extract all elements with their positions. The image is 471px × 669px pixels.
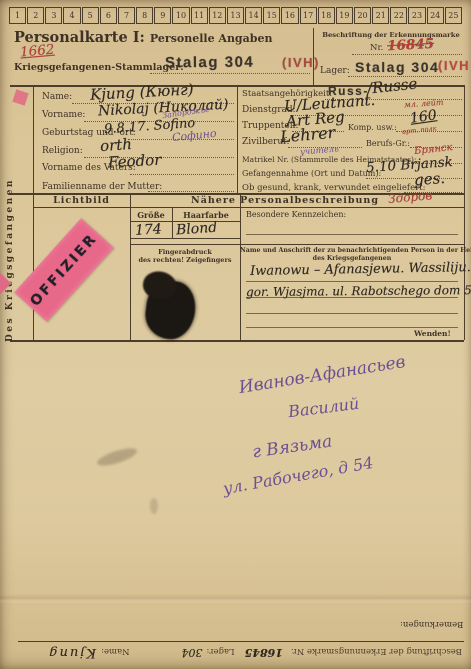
number-box: 15 (263, 7, 280, 24)
number-box: 12 (209, 7, 226, 24)
grid-line (130, 244, 464, 245)
mutter-label: Familienname der Mutter: (42, 182, 162, 192)
anschrift-handwritten-1: Iwanowu – Afanasjewu. Wassiliju. (250, 260, 471, 279)
number-box: 8 (136, 7, 153, 24)
paper-crease (0, 594, 471, 604)
number-box: 1 (9, 7, 26, 24)
rule-line (246, 297, 458, 298)
cyrillic-note-line-2: Василий (287, 394, 360, 422)
rule-line (246, 281, 458, 282)
grid-line (237, 85, 238, 193)
number-box: 17 (300, 7, 317, 24)
anschrift-label-1: Name und Anschrift der zu benachrichtige… (240, 247, 464, 254)
card-owner-side-label: Des Kriegsgefangenen (5, 112, 15, 342)
offizier-sticker: OFFIZIER (14, 218, 114, 322)
rule-line (246, 327, 458, 328)
stammlager-stamp-suffix: (IVH) (282, 55, 320, 70)
berufsgruppe-label: Berufs-Gr.: (366, 139, 410, 148)
bemerkungen-label: Bemerkungen: (400, 619, 463, 629)
vater-value-handwritten: Feodor (108, 151, 162, 172)
ink-smudge (150, 498, 158, 514)
tag-lager-stamp-suffix: (IVH (438, 58, 470, 73)
number-box: 23 (408, 7, 425, 24)
tag-lager-stamp: Stalag 304 (355, 59, 439, 75)
gefangennahme-label: Gefangennahme (Ort und Datum): (242, 169, 381, 178)
dotted-line (150, 73, 310, 74)
name-label: Name: (42, 92, 72, 102)
number-box: 2 (27, 7, 44, 24)
offizier-sticker-text: OFFIZIER (27, 230, 100, 309)
dotted-line (352, 54, 462, 55)
religion-label: Religion: (42, 146, 83, 156)
number-box: 13 (227, 7, 244, 24)
number-box: 14 (245, 7, 262, 24)
fingerprint (143, 278, 199, 342)
kennzeichen-label: Besondere Kennzeichen: (246, 210, 346, 219)
grid-line (240, 193, 241, 340)
pink-mark (12, 89, 28, 105)
personalkarte-card: 1234567891011121314151617181920212223242… (0, 0, 471, 669)
lichtbild-header: Lichtbild (33, 195, 130, 206)
number-box: 19 (336, 7, 353, 24)
groesse-value-handwritten: 174 (135, 221, 163, 238)
perforation-number-strip: 1234567891011121314151617181920212223242… (9, 7, 462, 24)
cyrillic-note-line-1: Иванов-Афанасьев (237, 352, 406, 398)
number-box: 20 (354, 7, 371, 24)
vorname-label: Vorname: (42, 110, 85, 120)
fingerprint-label-2: des rechten! Zeigefingers (130, 256, 240, 264)
dotted-line (130, 174, 234, 175)
zivilberuf-value-handwritten: Lehrer (279, 123, 336, 147)
header-divider-line (313, 28, 314, 85)
number-box: 18 (318, 7, 335, 24)
strip-name-label: Name: (101, 646, 129, 656)
dienstgrad-annotation-red: мл. лейт (404, 98, 444, 110)
stammlager-label: Kriegsgefangenen-Stammlager: (14, 62, 184, 73)
cyrillic-note-line-4: ул. Рабочего, д 54 (222, 453, 375, 498)
number-box: 3 (45, 7, 62, 24)
rule-line (18, 641, 464, 642)
number-box: 4 (63, 7, 80, 24)
number-box: 9 (154, 7, 171, 24)
tag-nr-value-handwritten: 16845 (387, 36, 435, 54)
number-box: 25 (445, 7, 462, 24)
grid-line (130, 238, 240, 239)
fingerprint-label-1: Fingerabdruck (130, 248, 240, 256)
number-box: 10 (172, 7, 189, 24)
tag-nr-label: Nr. (370, 43, 383, 53)
tag-lager-label: Lager: (320, 66, 350, 76)
number-box: 6 (100, 7, 117, 24)
number-box: 11 (191, 7, 208, 24)
strip-lager-handwritten: 304 (182, 646, 203, 659)
kompanie-annotation-red: арт. полк (402, 124, 437, 136)
gesund-value-handwritten: ges. (413, 169, 445, 189)
rule-line (246, 313, 458, 314)
number-box: 21 (372, 7, 389, 24)
number-box: 16 (281, 7, 298, 24)
ink-smudge (95, 445, 139, 469)
wenden-label: Wenden! (414, 329, 451, 338)
cyrillic-note-line-3: г Вязьма (251, 431, 334, 462)
strip-nr-handwritten: 16845 (245, 646, 283, 659)
haarfarbe-label: Haarfarbe (172, 210, 240, 220)
grid-line (464, 85, 465, 340)
grid-line (10, 340, 464, 342)
number-box: 22 (390, 7, 407, 24)
bottom-tag-strip: Beschriftung der Erkennungsmarke Nr. 168… (4, 645, 462, 660)
grid-line (33, 207, 464, 208)
stammlager-stamp: Stalag 304 (165, 54, 254, 72)
groesse-label: Größe (130, 210, 172, 220)
strip-lager-label: Lager: (207, 646, 235, 656)
registry-number-handwritten: 1662 (19, 42, 55, 61)
number-box: 5 (82, 7, 99, 24)
kompanie-label: Komp. usw.: (348, 123, 397, 132)
strip-name-handwritten: Kjung (47, 645, 96, 660)
strip-label: Beschriftung der Erkennungsmarke Nr. (291, 646, 462, 656)
rule-line (246, 234, 458, 235)
card-subtitle: Personelle Angaben (150, 32, 273, 45)
scanned-pow-card-page: { "colors":{"paper":"#dcc89c","ink":"#3e… (0, 0, 471, 669)
dotted-line (148, 191, 234, 192)
haarfarbe-value-handwritten: Blond (175, 220, 217, 239)
number-box: 7 (118, 7, 135, 24)
number-box: 24 (427, 7, 444, 24)
